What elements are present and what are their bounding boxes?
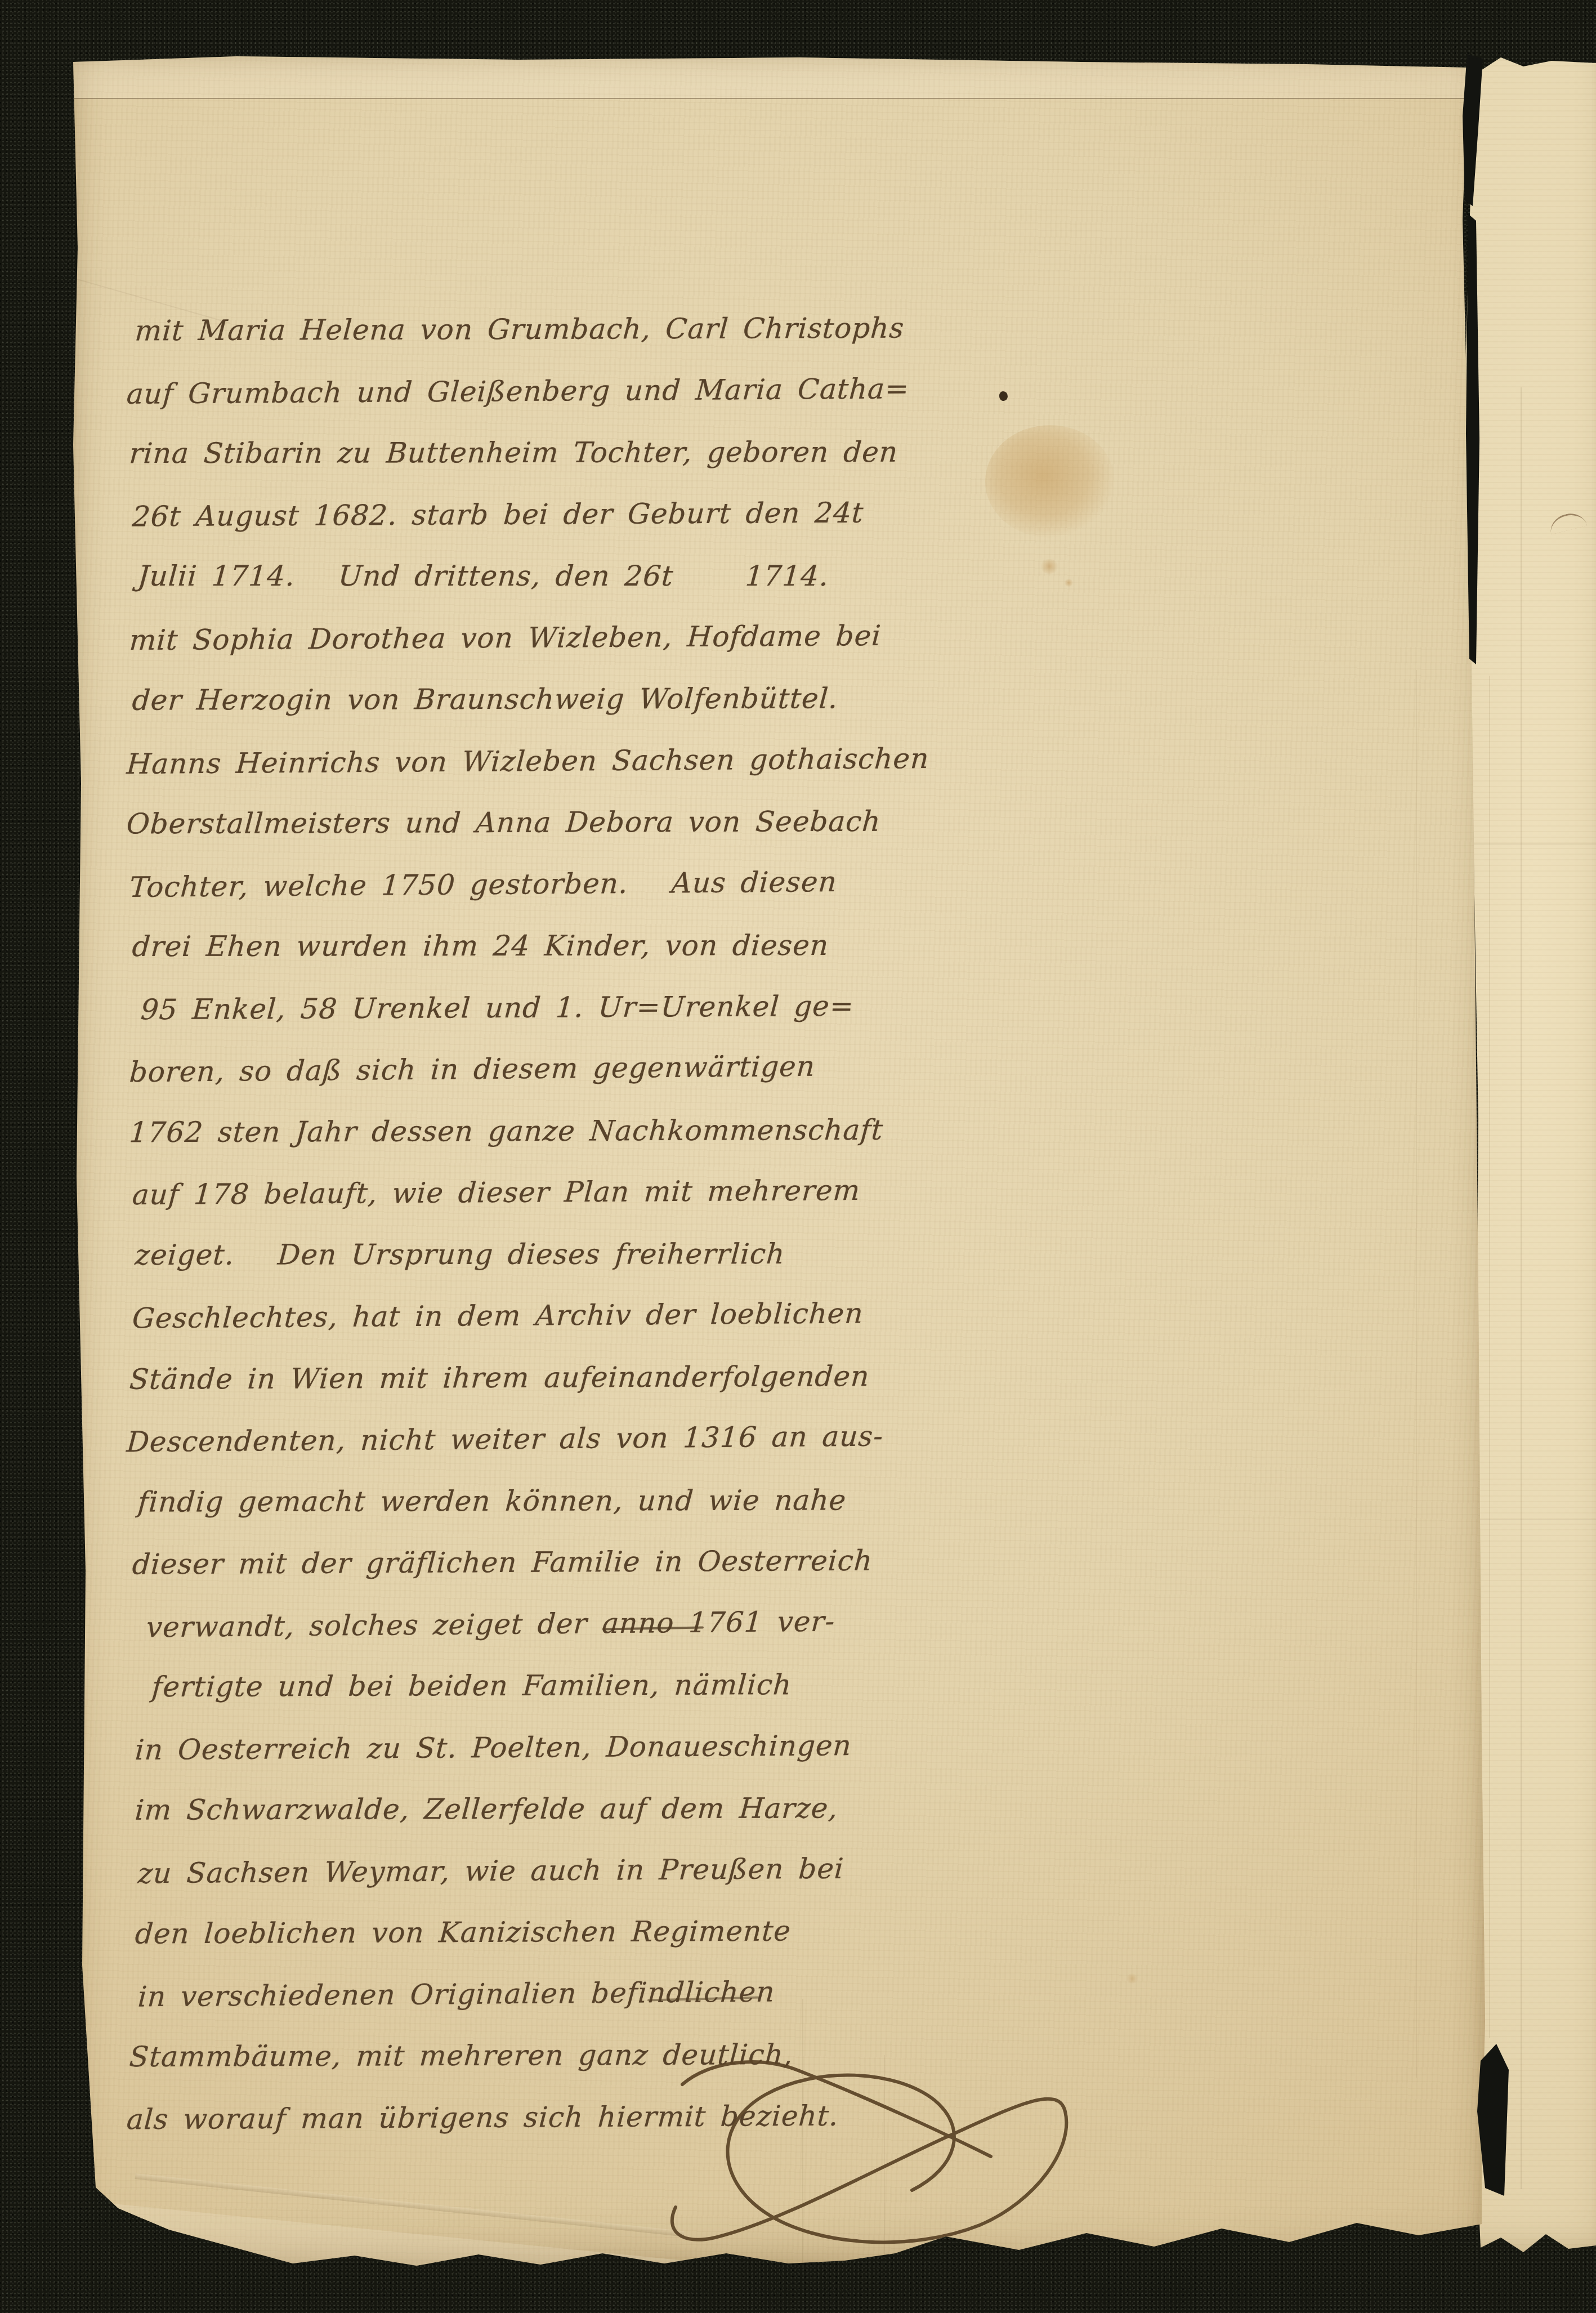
manuscript-line: mit Maria Helena von Grumbach, Carl Chri… bbox=[134, 314, 905, 345]
manuscript-line: zu Sachsen Weymar, wie auch in Preußen b… bbox=[137, 1855, 844, 1888]
manuscript-line: Stände in Wien mit ihrem aufeinanderfolg… bbox=[128, 1362, 870, 1394]
stain-fleck bbox=[1064, 579, 1074, 587]
right-edge-crease bbox=[1416, 670, 1417, 2078]
manuscript-line: 26t August 1682. starb bei der Geburt de… bbox=[131, 499, 864, 531]
manuscript-line: 1762 sten Jahr dessen ganze Nachkommensc… bbox=[128, 1116, 884, 1147]
manuscript-line: boren, so daß sich in diesem gegenwärtig… bbox=[128, 1052, 816, 1087]
bottom-vertical-crease bbox=[884, 2055, 885, 2266]
manuscript-line: Oberstallmeisters und Anna Debora von Se… bbox=[126, 807, 882, 838]
horizontal-crease bbox=[1473, 843, 1596, 845]
manuscript-line: rina Stibarin zu Buttenheim Tochter, geb… bbox=[128, 438, 899, 467]
manuscript-line: der Herzogin von Braunschweig Wolfenbütt… bbox=[131, 684, 839, 714]
manuscript-line: im Schwarzwalde, Zellerfelde auf dem Har… bbox=[134, 1794, 839, 1824]
stain-blot bbox=[985, 425, 1115, 538]
stain-fleck bbox=[1039, 559, 1059, 574]
bottom-vertical-crease bbox=[802, 1999, 803, 2266]
ink-speck bbox=[999, 391, 1008, 401]
manuscript-line: Stammbäume, mit mehreren ganz deutlich, bbox=[128, 2040, 794, 2071]
manuscript-line: fertigte und bei beiden Familien, nämlic… bbox=[151, 1671, 793, 1701]
manuscript-line: Geschlechtes, hat in dem Archiv der loeb… bbox=[131, 1299, 864, 1332]
manuscript-line: Tochter, welche 1750 gestorben. Aus dies… bbox=[128, 868, 838, 901]
stray-ink-stroke bbox=[1547, 510, 1587, 534]
manuscript-line: den loeblichen von Kanizischen Regimente bbox=[134, 1917, 792, 1948]
manuscript-line: dieser mit der gräflichen Familie in Oes… bbox=[131, 1547, 873, 1579]
manuscript-line: zeiget. Den Ursprung dieses freiherrlich bbox=[134, 1240, 786, 1269]
manuscript-line: Descendenten, nicht weiter als von 1316 … bbox=[126, 1422, 884, 1457]
manuscript-line: auf Grumbach und Gleißenberg und Maria C… bbox=[126, 374, 910, 408]
manuscript-line: verwandt, solches zeiget der anno 1761 v… bbox=[145, 1608, 835, 1642]
stain-fleck bbox=[1126, 1973, 1138, 1984]
scan-background: mit Maria Helena von Grumbach, Carl Chri… bbox=[0, 0, 1596, 2313]
manuscript-line: in Oesterreich zu St. Poelten, Donauesch… bbox=[134, 1731, 852, 1764]
manuscript-sheet: mit Maria Helena von Grumbach, Carl Chri… bbox=[68, 51, 1486, 2275]
manuscript-line: auf 178 belauft, wie dieser Plan mit meh… bbox=[131, 1176, 861, 1209]
manuscript-line: mit Sophia Dorothea von Wizleben, Hofdam… bbox=[128, 622, 882, 654]
horizontal-crease bbox=[1473, 1519, 1596, 1520]
manuscript-line: als worauf man übrigens sich hiermit bez… bbox=[126, 2102, 839, 2134]
manuscript-line: Julii 1714. Und drittens, den 26t 1714. bbox=[137, 562, 830, 590]
manuscript-line: in verschiedenen Originalien befindliche… bbox=[137, 1978, 776, 2011]
vertical-crease bbox=[1521, 387, 1522, 2189]
manuscript-line: findig gemacht werden können, und wie na… bbox=[137, 1486, 847, 1516]
top-fold-crease bbox=[68, 51, 1486, 99]
sheet-junction-crease bbox=[1489, 676, 1490, 2038]
manuscript-line: drei Ehen wurden ihm 24 Kinder, von dies… bbox=[131, 931, 830, 961]
manuscript-line: 95 Enkel, 58 Urenkel und 1. Ur=Urenkel g… bbox=[140, 992, 855, 1024]
manuscript-line: Hanns Heinrichs von Wizleben Sachsen got… bbox=[126, 744, 930, 778]
